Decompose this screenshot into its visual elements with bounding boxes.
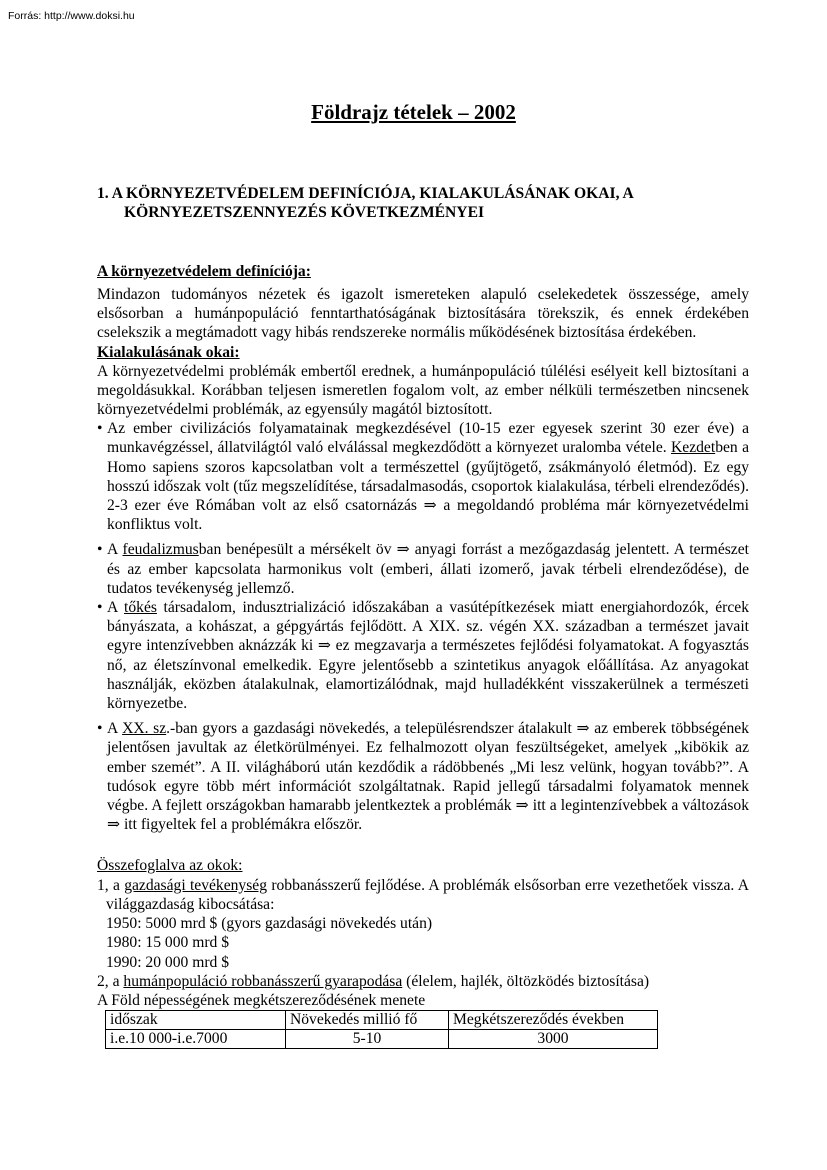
bullet-icon: • (97, 598, 102, 617)
output-line: 1980: 15 000 mrd $ (97, 933, 749, 952)
source-line: Forrás: http://www.doksi.hu (8, 10, 135, 22)
causes-heading: Kialakulásának okai: (97, 343, 749, 362)
causes-intro: A környezetvédelmi problémák embertől er… (97, 362, 749, 420)
summary-item: 1, a gazdasági tevékenység robbanásszerű… (97, 876, 749, 914)
definition-text: Mindazon tudományos nézetek és igazolt i… (97, 285, 749, 343)
bullet-item: •A feudalizmusban benépesült a mérsékelt… (97, 540, 749, 598)
output-line: 1950: 5000 mrd $ (gyors gazdasági növeke… (97, 914, 749, 933)
summary-heading: Összefoglalva az okok: (97, 856, 749, 875)
bullet-icon: • (97, 419, 102, 438)
table-caption: A Föld népességének megkétszereződésének… (97, 991, 749, 1010)
document-title: Földrajz tételek – 2002 (0, 100, 827, 125)
bullet-icon: • (97, 719, 102, 738)
table-header-cell: Növekedés millió fő (286, 1011, 449, 1030)
definition-heading: A környezetvédelem definíciója: (97, 262, 749, 281)
document-body: 1. A KÖRNYEZETVÉDELEM DEFINÍCIÓJA, KIALA… (97, 184, 749, 1049)
bullet-icon: • (97, 540, 102, 559)
table-header-row: időszak Növekedés millió fő Megkétszerez… (106, 1011, 658, 1030)
section-heading: 1. A KÖRNYEZETVÉDELEM DEFINÍCIÓJA, KIALA… (97, 184, 749, 222)
table-row: i.e.10 000-i.e.7000 5-10 3000 (106, 1030, 658, 1049)
table-header-cell: időszak (106, 1011, 286, 1030)
population-table: időszak Növekedés millió fő Megkétszerez… (105, 1010, 658, 1049)
table-header-cell: Megkétszereződés években (449, 1011, 658, 1030)
summary-item: 2, a humánpopuláció robbanásszerű gyarap… (97, 972, 749, 991)
bullet-item: •Az ember civilizációs folyamatainak meg… (97, 419, 749, 534)
bullet-item: •A XX. sz.-ban gyors a gazdasági növeked… (97, 719, 749, 834)
table-cell: 3000 (449, 1030, 658, 1049)
table-cell: i.e.10 000-i.e.7000 (106, 1030, 286, 1049)
table-cell: 5-10 (286, 1030, 449, 1049)
output-line: 1990: 20 000 mrd $ (97, 953, 749, 972)
bullet-item: •A tőkés társadalom, indusztrializáció i… (97, 598, 749, 713)
